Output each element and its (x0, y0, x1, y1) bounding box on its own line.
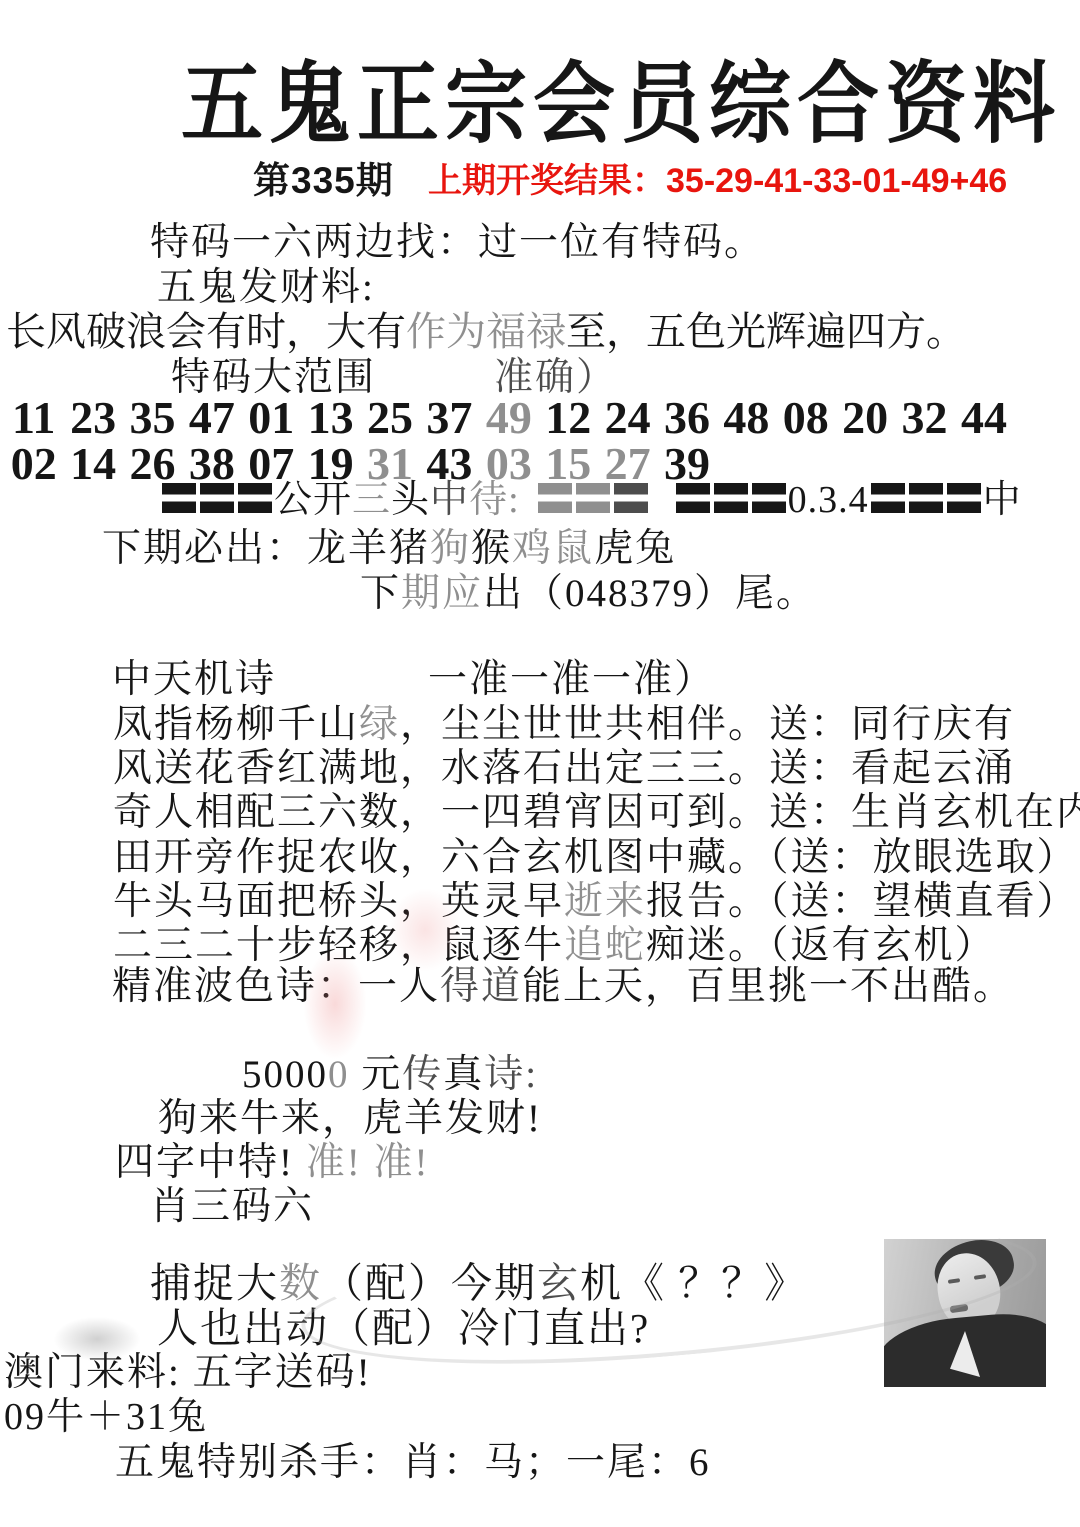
poem-line-5: 牛头马面把桥头，英灵早逝来报告。（送：望横直看） (113, 880, 1078, 924)
macau-material-line: 澳门来料: 五字送码! (4, 1351, 372, 1395)
number-row-1: 1123354701132537491224364808203244 (4, 392, 1014, 444)
poem-line-4: 田开旁作捉农收，六合玄机图中藏。（送：放眼选取） (113, 836, 1078, 880)
portrait-photo (884, 1239, 1046, 1387)
special-killer-line: 五鬼特别杀手：肖：马；一尾：6 (115, 1441, 711, 1485)
should-out-tails-line: 下期应出（048379）尾。 (360, 572, 817, 616)
sky-poem-title: 中天机诗一准一准一准） (112, 658, 715, 702)
lottery-tip-sheet: 五鬼正宗会员综合资料 第335期 上期开奖结果：35-29-41-33-01-4… (0, 0, 1080, 1527)
special-code-tip: 特码一六两边找：过一位有特码。 (150, 221, 765, 265)
person-move-line: 人也出动（配）冷门直出? (157, 1306, 650, 1352)
last-draw-result: 上期开奖结果：35-29-41-33-01-49+46 (428, 153, 1007, 202)
poem-line-6: 二三二十步轻移，鼠逐牛追蛇痴迷。（返有玄机） (113, 924, 996, 968)
issue-number: 第335期 (253, 150, 394, 204)
wave-color-poem: 精准波色诗：一人得道能上天，百里挑一不出酷。 (112, 965, 1014, 1009)
must-out-zodiac-line: 下期必出：龙羊猪狗猴鸡鼠虎兔 (102, 527, 676, 571)
open-three-heads-line: 公开三头中待:0.3.4中 (160, 479, 1022, 522)
fortune-verse: 长风破浪会有时，大有作为福禄至，五色光辉遍四方。 (6, 310, 966, 355)
ox-rabbit-codes: 09牛＋31兔 (4, 1396, 208, 1439)
catch-big-number-line: 捕捉大数（配）今期玄机《 ？？》 (150, 1261, 807, 1307)
fax-poem-title: 50000 元传真诗: (242, 1053, 538, 1097)
poem-line-3: 奇人相配三六数，一四碧宵因可到。送：生肖玄机在内 (113, 791, 1080, 835)
four-char-special: 四字中特! 准! 准! (115, 1141, 430, 1185)
fortune-label: 五鬼发财料: (157, 266, 375, 310)
poem-line-2: 风送花香红满地，水落石出定三三。送：看起云涌 (113, 747, 1015, 791)
poem-line-1: 凤指杨柳千山绿，尘尘世世共相伴。送：同行庆有 (113, 703, 1015, 747)
three-xiao-six-codes: 肖三码六 (150, 1185, 314, 1229)
fax-poem-line: 狗来牛来，虎羊发财! (158, 1097, 542, 1141)
page-title: 五鬼正宗会员综合资料 (178, 34, 1064, 160)
